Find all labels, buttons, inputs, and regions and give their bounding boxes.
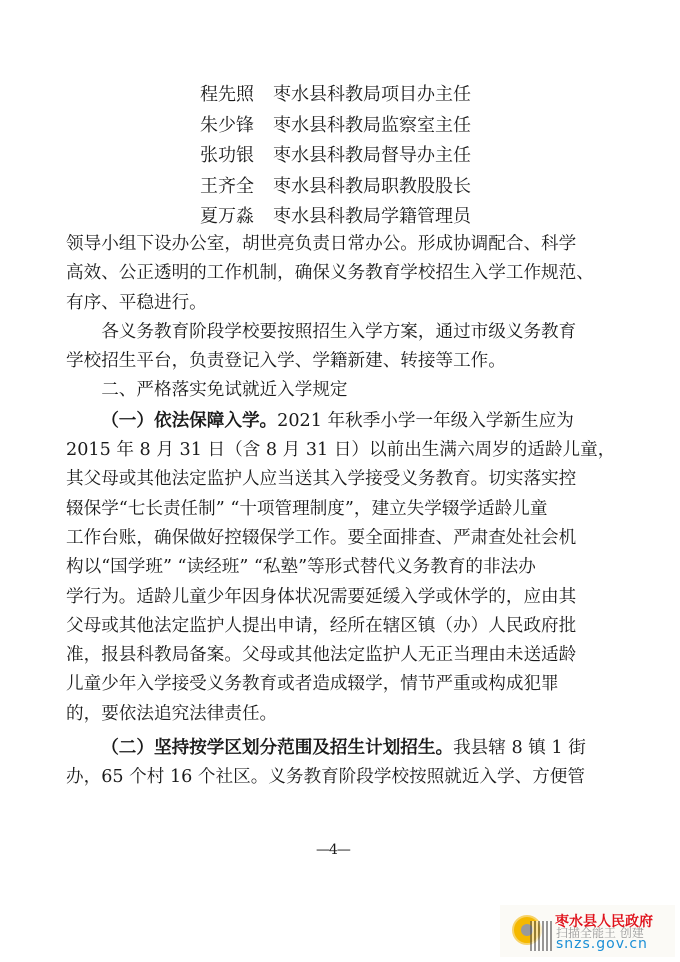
text-line: 构以“国学班” “读经班” “私塾”等形式替代义务教育的非法办 [66,553,626,582]
text-line: 2021 年秋季小学一年级入学新生应为 [277,411,574,431]
staff-name: 程先照 [200,80,273,110]
body-text: 领导小组下设办公室，胡世亮负责日常办公。形成协调配合、科学 高效、公正透明的工作… [66,230,626,793]
text-line: 学行为。适龄儿童少年因身体状况需要延缓入学或休学的，应由其 [66,583,626,612]
staff-list: 程先照枣水县科教局项目办主任 朱少锋枣水县科教局监察室主任 张功银枣水县科教局督… [200,80,471,233]
text-line: 的，要依法追究法律责任。 [66,700,626,729]
staff-title: 枣水县科教局督导办主任 [273,141,471,171]
watermark-url: snzs.gov.cn [556,936,648,952]
staff-name: 王齐全 [200,172,273,202]
staff-name: 张功银 [200,141,273,171]
text-line: 领导小组下设办公室，胡世亮负责日常办公。形成协调配合、科学 [66,230,626,259]
staff-row: 张功银枣水县科教局督导办主任 [200,141,471,172]
paragraph-sub-one: （一）依法保障入学。2021 年秋季小学一年级入学新生应为 2015 年 8 月… [66,406,626,729]
staff-title: 枣水县科教局学籍管理员 [273,202,471,232]
staff-name: 夏万淼 [200,202,273,232]
text-line: 父母或其他法定监护人提出申请，经所在辖区镇（办）人民政府批 [66,612,626,641]
page-number: —4— [316,842,350,858]
paragraph-sub-two: （二）坚持按学区划分范围及招生计划招生。我县辖 8 镇 1 街 办，65 个村 … [66,733,626,793]
staff-row: 程先照枣水县科教局项目办主任 [200,80,471,111]
watermark: 枣水县人民政府 扫描全能王 创建 snzs.gov.cn [500,905,675,957]
paragraph-office: 领导小组下设办公室，胡世亮负责日常办公。形成协调配合、科学 高效、公正透明的工作… [66,230,626,318]
sub-two-lead: （二）坚持按学区划分范围及招生计划招生。 [101,737,453,758]
staff-row: 王齐全枣水县科教局职教股股长 [200,172,471,203]
text-line: 其父母或其他法定监护人应当送其入学接受义务教育。切实落实控 [66,465,626,494]
staff-name: 朱少锋 [200,111,273,141]
text-line: 准，报县科教局备案。父母或其他法定监护人无正当理由未送适龄 [66,641,626,670]
staff-title: 枣水县科教局职教股股长 [273,172,471,202]
text-line: 儿童少年入学接受义务教育或者造成辍学，情节严重或构成犯罪 [66,670,626,699]
paragraph-platform: 各义务教育阶段学校要按照招生入学方案，通过市级义务教育 学校招生平台，负责登记入… [66,318,626,377]
staff-title: 枣水县科教局项目办主任 [273,80,471,110]
section-heading: 二、严格落实免试就近入学规定 [66,376,626,405]
section-two-heading: 二、严格落实免试就近入学规定 [66,376,626,405]
text-line: 办，65 个村 16 个社区。义务教育阶段学校按照就近入学、方便管 [66,763,626,792]
text-line: 高效、公正透明的工作机制，确保义务教育学校招生入学工作规范、 [66,259,626,288]
text-line: 有序、平稳进行。 [66,289,626,318]
qr-code-icon [530,921,552,951]
text-line: 各义务教育阶段学校要按照招生入学方案，通过市级义务教育 [66,318,626,347]
text-line: 工作台账，确保做好控辍保学工作。要全面排查、严肃查处社会机 [66,524,626,553]
text-line: 我县辖 8 镇 1 街 [453,738,586,758]
staff-row: 朱少锋枣水县科教局监察室主任 [200,111,471,142]
text-line: 辍保学“七长责任制” “十项管理制度”，建立失学辍学适龄儿童 [66,495,626,524]
text-line: 2015 年 8 月 31 日（含 8 月 31 日）以前出生满六周岁的适龄儿童… [66,436,626,465]
text-line: 学校招生平台，负责登记入学、学籍新建、转接等工作。 [66,347,626,376]
document-page: 程先照枣水县科教局项目办主任 朱少锋枣水县科教局监察室主任 张功银枣水县科教局督… [0,0,680,962]
staff-title: 枣水县科教局监察室主任 [273,111,471,141]
staff-row: 夏万淼枣水县科教局学籍管理员 [200,202,471,233]
sub-one-lead: （一）依法保障入学。 [101,410,277,431]
